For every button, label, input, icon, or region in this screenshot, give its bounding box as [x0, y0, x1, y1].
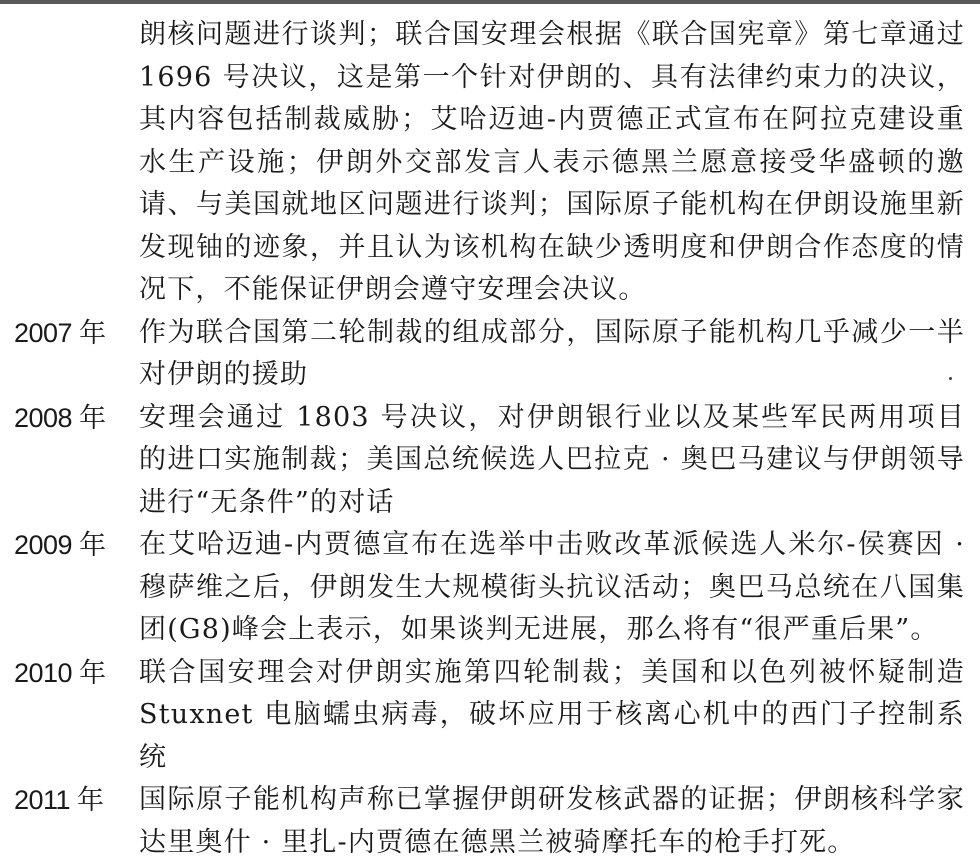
- page-top-border: [0, 0, 980, 4]
- entry-year: 2009 年: [0, 524, 139, 567]
- timeline-entry-2007: 2007 年 作为联合国第二轮制裁的组成部分，国际原子能机构几乎减少一半对伊朗的…: [0, 312, 980, 397]
- timeline-entry-2009: 2009 年 在艾哈迈迪-内贾德宣布在选举中击败改革派候选人米尔-侯赛因 · 穆…: [0, 524, 980, 652]
- timeline-page: 朗核问题进行谈判；联合国安理会根据《联合国宪章》第七章通过1696 号决议，这是…: [0, 14, 980, 864]
- entry-year: 2007 年: [0, 312, 139, 355]
- timeline-entry-2010: 2010 年 联合国安理会对伊朗实施第四轮制裁；美国和以色列被怀疑制造Stuxn…: [0, 652, 980, 780]
- timeline-entry-continued: 朗核问题进行谈判；联合国安理会根据《联合国宪章》第七章通过1696 号决议，这是…: [0, 14, 980, 312]
- entry-text: 联合国安理会对伊朗实施第四轮制裁；美国和以色列被怀疑制造Stuxnet 电脑蠕虫…: [139, 652, 965, 780]
- entry-text: 国际原子能机构声称已掌握伊朗研发核武器的证据；伊朗核科学家达里奥什 · 里扎-内…: [139, 779, 965, 864]
- timeline-entry-2008: 2008 年 安理会通过 1803 号决议，对伊朗银行业以及某些军民两用项目的进…: [0, 397, 980, 525]
- entry-year: 2008 年: [0, 397, 139, 440]
- entry-year: 2010 年: [0, 652, 139, 695]
- entry-text: 安理会通过 1803 号决议，对伊朗银行业以及某些军民两用项目的进口实施制裁；美…: [139, 397, 965, 525]
- timeline-entry-2011: 2011 年 国际原子能机构声称已掌握伊朗研发核武器的证据；伊朗核科学家达里奥什…: [0, 779, 980, 864]
- entry-text: 朗核问题进行谈判；联合国安理会根据《联合国宪章》第七章通过1696 号决议，这是…: [139, 14, 965, 312]
- scan-speck: [949, 377, 952, 380]
- entry-text: 作为联合国第二轮制裁的组成部分，国际原子能机构几乎减少一半对伊朗的援助: [139, 312, 965, 397]
- entry-text: 在艾哈迈迪-内贾德宣布在选举中击败改革派候选人米尔-侯赛因 · 穆萨维之后，伊朗…: [139, 524, 965, 652]
- entry-year: 2011 年: [0, 779, 139, 822]
